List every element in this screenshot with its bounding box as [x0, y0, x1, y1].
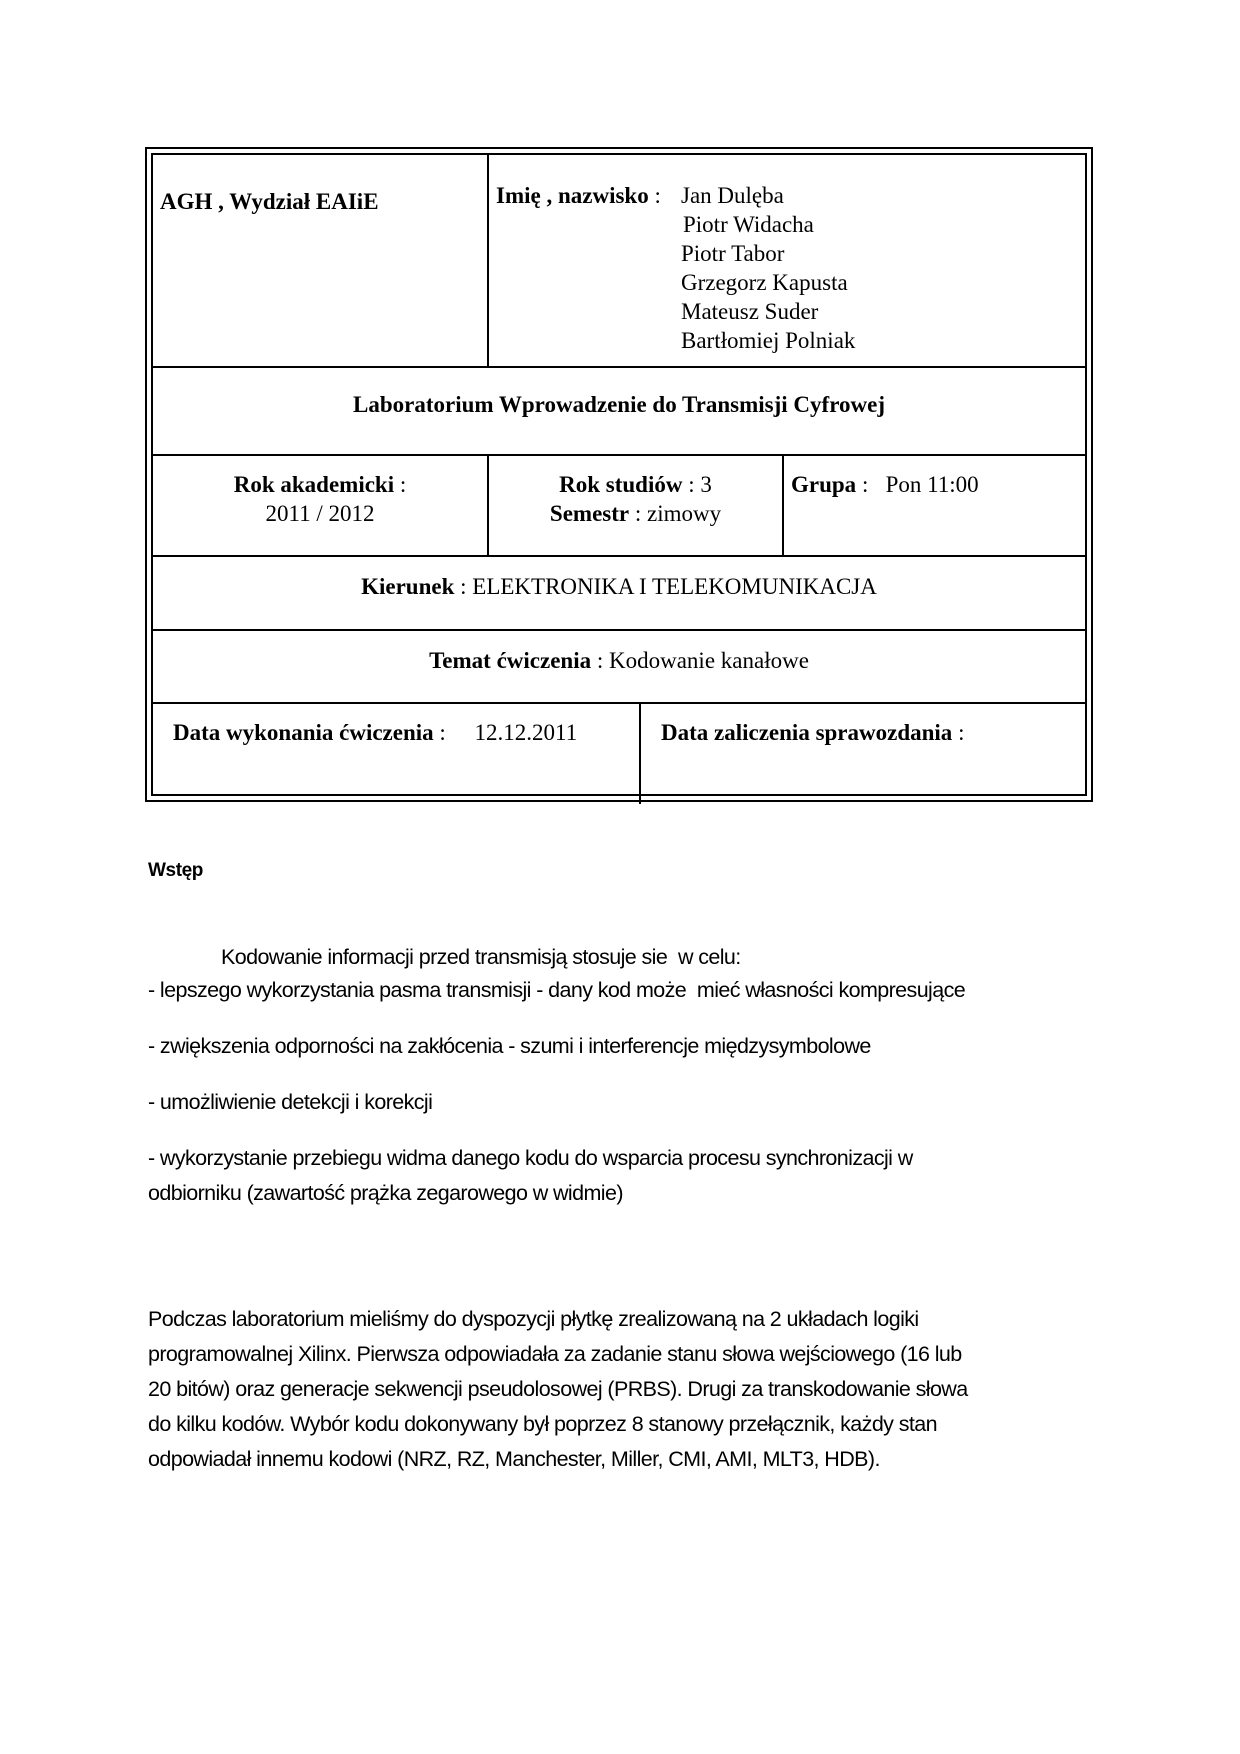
academic-year-label: Rok akademicki: [234, 472, 394, 497]
paragraph-line: 20 bitów) oraz generacje sekwencji pseud…: [148, 1377, 968, 1402]
paragraph-line: programowalnej Xilinx. Pierwsza odpowiad…: [148, 1342, 962, 1367]
exec-date-value: : 12.12.2011: [434, 720, 578, 745]
name-item: Piotr Tabor: [681, 239, 855, 268]
intro-lead: Kodowanie informacji przed transmisją st…: [221, 945, 741, 970]
name-item: Bartłomiej Polniak: [681, 326, 855, 355]
name-item: Grzegorz Kapusta: [681, 268, 855, 297]
name-item: Piotr Widacha: [681, 210, 855, 239]
header-table: AGH , Wydział EAIiE Imię , nazwisko : Ja…: [145, 147, 1093, 802]
bullet-item: - wykorzystanie przebiegu widma danego k…: [148, 1146, 913, 1171]
field-value: : ELEKTRONIKA I TELEKOMUNIKACJA: [454, 574, 876, 599]
section-heading: Wstęp: [148, 860, 203, 882]
field-label: Kierunek: [361, 574, 454, 599]
name-item: Mateusz Suder: [681, 297, 855, 326]
bullet-item: - zwiększenia odporności na zakłócenia -…: [148, 1034, 871, 1059]
row-year-group: Rok akademicki : 2011 / 2012 Rok studiów…: [153, 456, 1085, 557]
semester-value: : zimowy: [629, 501, 721, 526]
group-value: : Pon 11:00: [856, 472, 978, 497]
semester-label: Semestr: [550, 501, 629, 526]
topic-label: Temat ćwiczenia: [429, 648, 591, 673]
row-field: Kierunek : ELEKTRONIKA I TELEKOMUNIKACJA: [153, 557, 1085, 631]
pass-date-cell: Data zaliczenia sprawozdania :: [641, 704, 1085, 804]
study-year-label: Rok studiów: [559, 472, 682, 497]
group-label: Grupa: [791, 472, 856, 497]
row-topic: Temat ćwiczenia : Kodowanie kanałowe: [153, 631, 1085, 704]
names-cell: Imię , nazwisko : Jan Dulęba Piotr Widac…: [489, 155, 1085, 366]
names-sep: :: [649, 183, 661, 208]
paragraph-line: do kilku kodów. Wybór kodu dokonywany by…: [148, 1412, 937, 1437]
paragraph-line: odpowiadał innemu kodowi (NRZ, RZ, Manch…: [148, 1447, 880, 1472]
pass-date-value: :: [952, 720, 964, 745]
row-institution-names: AGH , Wydział EAIiE Imię , nazwisko : Ja…: [153, 155, 1085, 368]
exec-date-cell: Data wykonania ćwiczenia : 12.12.2011: [153, 704, 641, 804]
topic-value: : Kodowanie kanałowe: [591, 648, 809, 673]
bullet-item: - lepszego wykorzystania pasma transmisj…: [148, 978, 965, 1003]
academic-year-sep: :: [394, 472, 406, 497]
bullet-item: - umożliwienie detekcji i korekcji: [148, 1090, 432, 1115]
bullet-item-continuation: odbiorniku (zawartość prążka zegarowego …: [148, 1181, 623, 1206]
names-label-group: Imię , nazwisko :: [496, 181, 661, 210]
row-lab-title: Laboratorium Wprowadzenie do Transmisji …: [153, 368, 1085, 456]
names-list: Jan Dulęba Piotr Widacha Piotr Tabor Grz…: [681, 181, 855, 355]
paragraph-line: Podczas laboratorium mieliśmy do dyspozy…: [148, 1307, 919, 1332]
row-dates: Data wykonania ćwiczenia : 12.12.2011 Da…: [153, 704, 1085, 804]
institution-cell: AGH , Wydział EAIiE: [153, 155, 489, 366]
lab-title: Laboratorium Wprowadzenie do Transmisji …: [153, 390, 1085, 419]
names-label: Imię , nazwisko: [496, 183, 649, 208]
name-item: Jan Dulęba: [681, 181, 855, 210]
group-cell: Grupa : Pon 11:00: [784, 456, 1085, 555]
pass-date-label: Data zaliczenia sprawozdania: [661, 720, 952, 745]
academic-year-cell: Rok akademicki : 2011 / 2012: [153, 456, 489, 555]
study-year-value: : 3: [682, 472, 711, 497]
institution: AGH , Wydział EAIiE: [160, 187, 379, 216]
academic-year-value: 2011 / 2012: [153, 499, 487, 528]
exec-date-label: Data wykonania ćwiczenia: [173, 720, 434, 745]
study-year-cell: Rok studiów : 3 Semestr : zimowy: [489, 456, 784, 555]
